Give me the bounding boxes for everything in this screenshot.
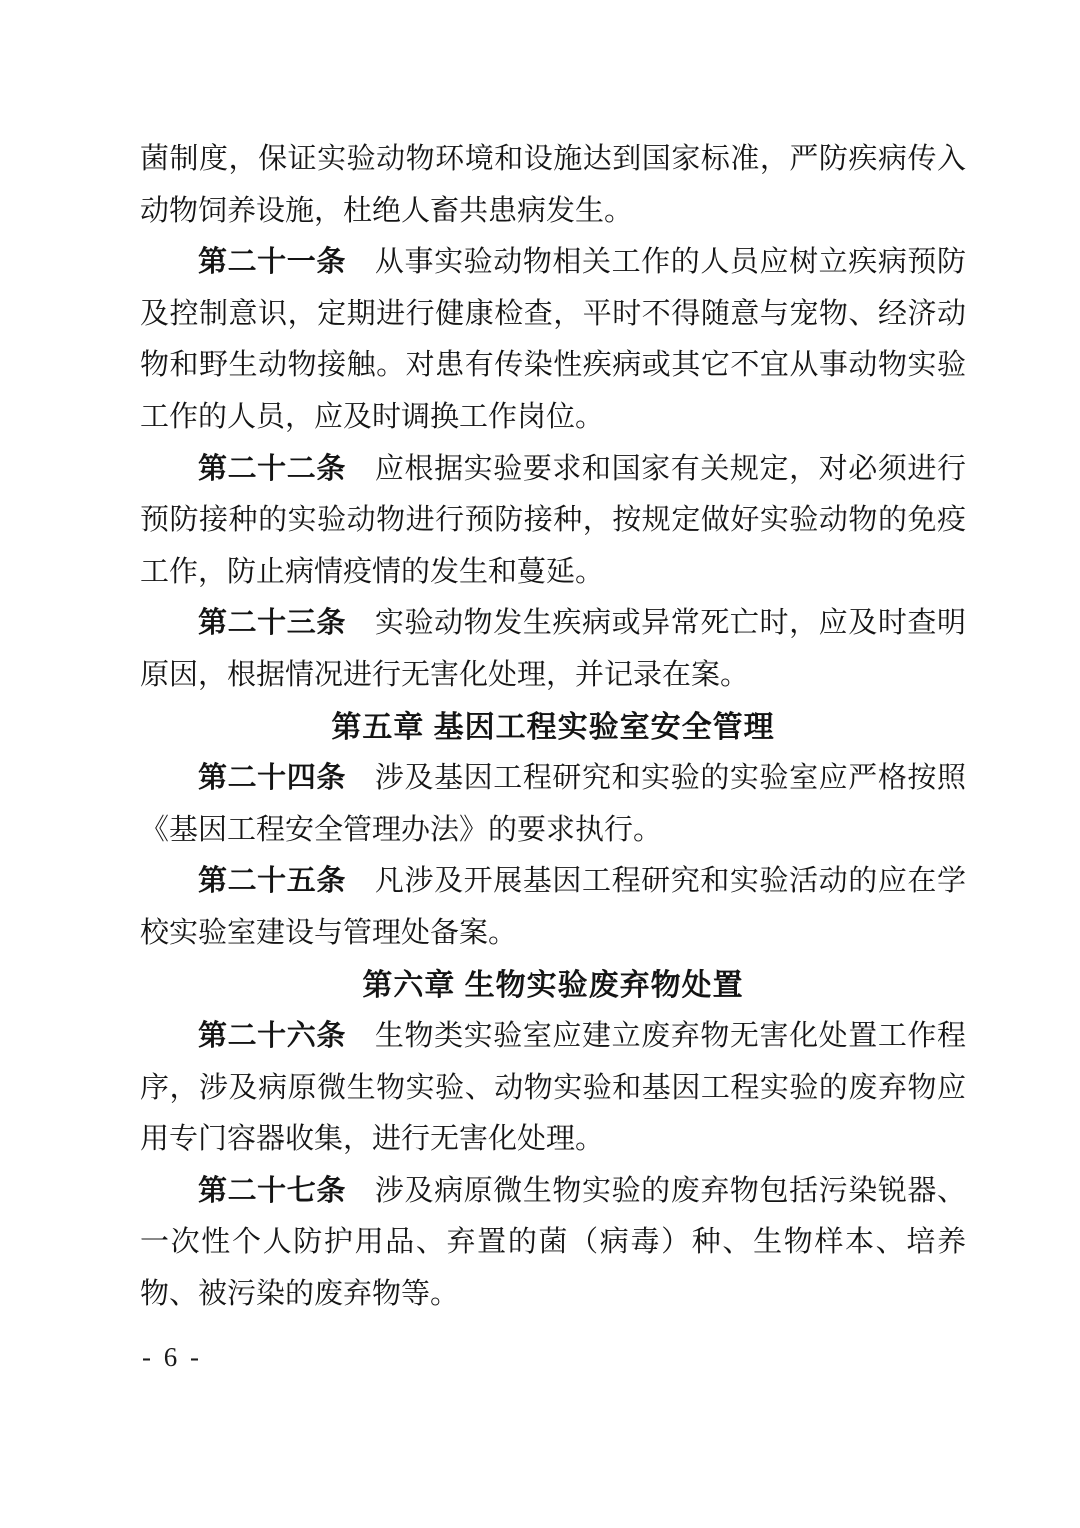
chapter-heading-6: 第六章 生物实验废弃物处置 [140, 960, 966, 1012]
article-paragraph-21: 第二十一条从事实验动物相关工作的人员应树立疾病预防及控制意识，定期进行健康检查，… [140, 237, 966, 443]
article-number: 第二十一条 [198, 246, 346, 278]
article-paragraph-24: 第二十四条涉及基因工程研究和实验的实验室应严格按照《基因工程安全管理办法》的要求… [140, 753, 966, 856]
article-paragraph-25: 第二十五条凡涉及开展基因工程研究和实验活动的应在学校实验室建设与管理处备案。 [140, 856, 966, 959]
page-number: - 6 - [142, 1342, 202, 1372]
article-number: 第二十五条 [198, 865, 346, 897]
article-paragraph-23: 第二十三条实验动物发生疾病或异常死亡时，应及时查明原因，根据情况进行无害化处理，… [140, 598, 966, 701]
article-number: 第二十二条 [198, 453, 346, 485]
article-number: 第二十四条 [198, 762, 346, 794]
document-page: 菌制度，保证实验动物环境和设施达到国家标准，严防疾病传入动物饲养设施，杜绝人畜共… [0, 0, 1080, 1528]
page-footer: - 6 - [142, 1342, 202, 1373]
article-paragraph-22: 第二十二条应根据实验要求和国家有关规定，对必须进行预防接种的实验动物进行预防接种… [140, 444, 966, 599]
paragraph-text: 菌制度，保证实验动物环境和设施达到国家标准，严防疾病传入动物饲养设施，杜绝人畜共… [140, 143, 966, 227]
article-number: 第二十六条 [198, 1020, 346, 1052]
paragraph-continuation: 菌制度，保证实验动物环境和设施达到国家标准，严防疾病传入动物饲养设施，杜绝人畜共… [140, 134, 966, 237]
article-number: 第二十七条 [198, 1175, 346, 1207]
document-content: 菌制度，保证实验动物环境和设施达到国家标准，严防疾病传入动物饲养设施，杜绝人畜共… [140, 134, 966, 1321]
article-paragraph-27: 第二十七条涉及病原微生物实验的废弃物包括污染锐器、一次性个人防护用品、弃置的菌（… [140, 1166, 966, 1321]
chapter-heading-5: 第五章 基因工程实验室安全管理 [140, 702, 966, 754]
article-paragraph-26: 第二十六条生物类实验室应建立废弃物无害化处置工作程序，涉及病原微生物实验、动物实… [140, 1011, 966, 1166]
article-number: 第二十三条 [198, 607, 346, 639]
